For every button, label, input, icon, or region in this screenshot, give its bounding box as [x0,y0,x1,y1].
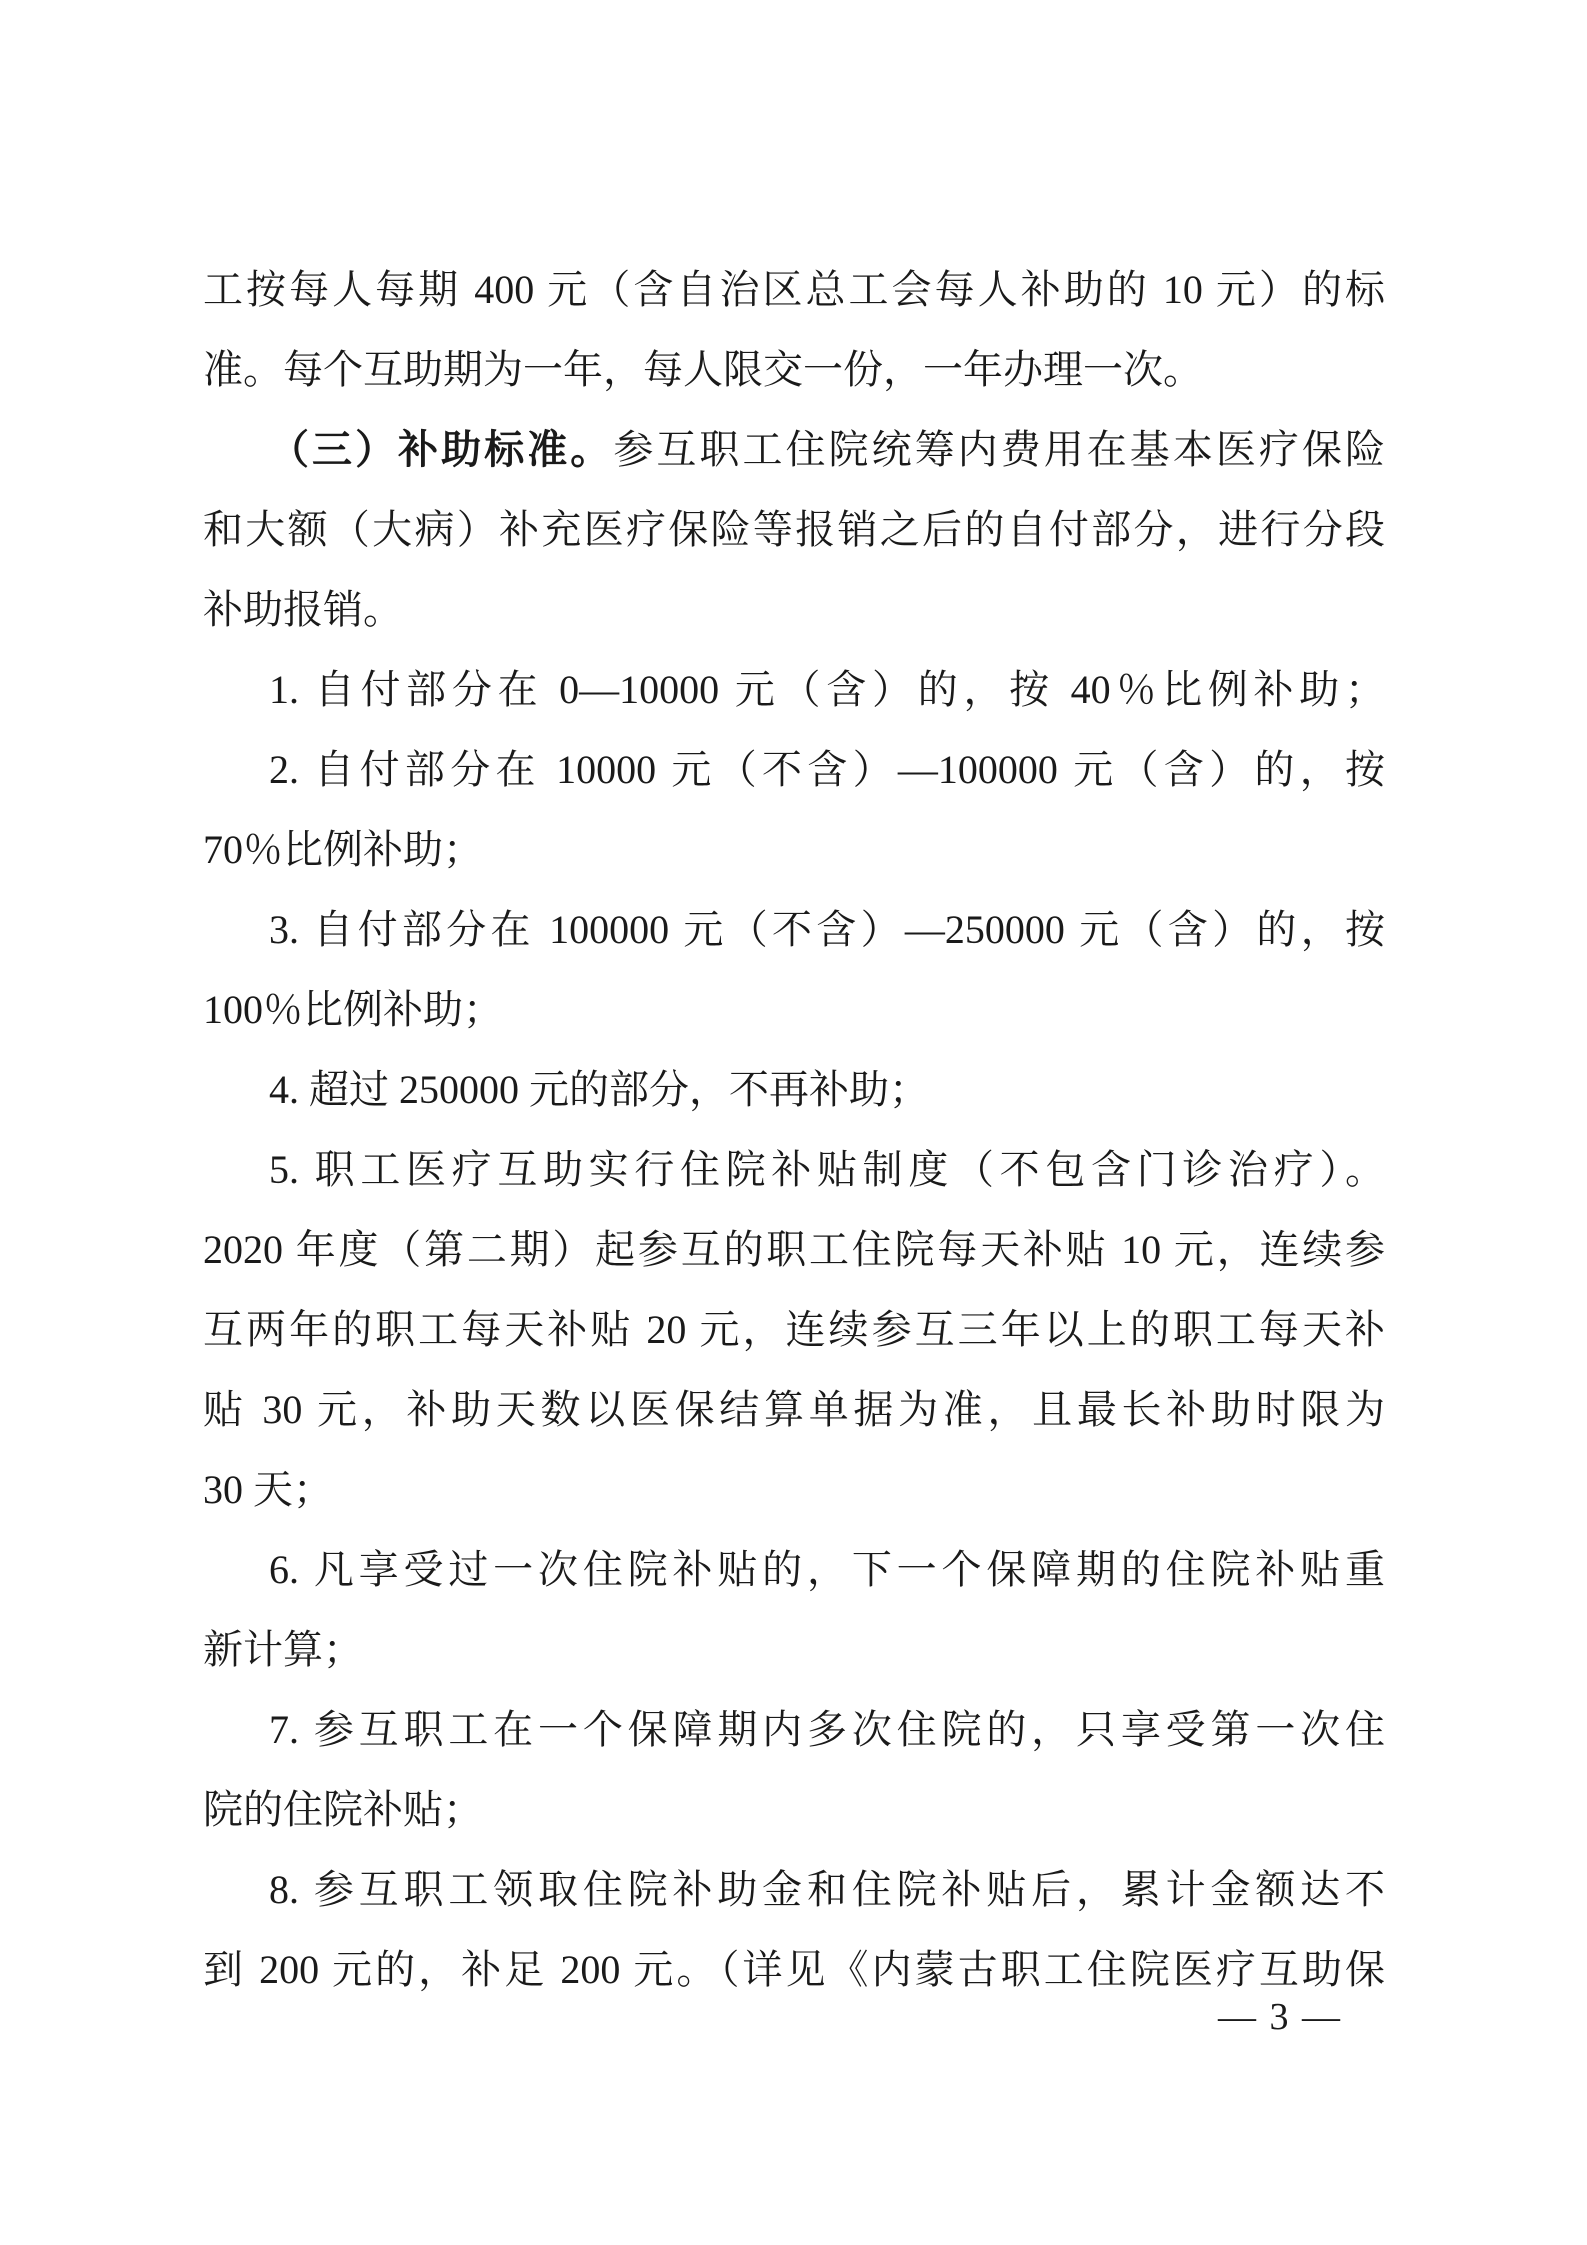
text-line: 1. 自付部分在 0—10000 元（含）的，按 40％比例补助； [203,650,1385,730]
text-run: 参互职工住院统筹内费用在基本医疗保险 [613,427,1385,472]
text-line: 补助报销。 [203,570,1385,650]
text-line: 100％比例补助； [203,970,1385,1050]
text-line: 30 天； [203,1450,1385,1530]
text-line: 院的住院补贴； [203,1770,1385,1850]
text-line: 4. 超过 250000 元的部分，不再补助； [203,1050,1385,1130]
section-heading: （三）补助标准。 [269,427,613,472]
text-line: 6. 凡享受过一次住院补贴的，下一个保障期的住院补贴重 [203,1530,1385,1610]
text-line: 准。每个互助期为一年，每人限交一份，一年办理一次。 [203,330,1385,410]
text-line: 2. 自付部分在 10000 元（不含）—100000 元（含）的，按 [203,730,1385,810]
text-line: 新计算； [203,1610,1385,1690]
page-number: — 3 — [1218,1996,1342,2038]
document-page: 工按每人每期 400 元（含自治区总工会每人补助的 10 元）的标 准。每个互助… [0,0,1587,2245]
text-line: 互两年的职工每天补贴 20 元，连续参互三年以上的职工每天补 [203,1290,1385,1370]
text-line: 3. 自付部分在 100000 元（不含）—250000 元（含）的，按 [203,890,1385,970]
page-footer: — 3 — [1218,1994,1342,2040]
text-line: 70％比例补助； [203,810,1385,890]
document-body: 工按每人每期 400 元（含自治区总工会每人补助的 10 元）的标 准。每个互助… [203,250,1385,2010]
text-line: 2020 年度（第二期）起参互的职工住院每天补贴 10 元，连续参 [203,1210,1385,1290]
text-line: 和大额（大病）补充医疗保险等报销之后的自付部分，进行分段 [203,490,1385,570]
text-line: 8. 参互职工领取住院补助金和住院补贴后，累计金额达不 [203,1850,1385,1930]
text-line: 5. 职工医疗互助实行住院补贴制度（不包含门诊治疗）。 [203,1130,1385,1210]
text-line: （三）补助标准。参互职工住院统筹内费用在基本医疗保险 [203,410,1385,490]
text-line: 7. 参互职工在一个保障期内多次住院的，只享受第一次住 [203,1690,1385,1770]
text-line: 到 200 元的，补足 200 元。（详见《内蒙古职工住院医疗互助保 [203,1930,1385,2010]
text-line: 工按每人每期 400 元（含自治区总工会每人补助的 10 元）的标 [203,250,1385,330]
text-line: 贴 30 元，补助天数以医保结算单据为准，且最长补助时限为 [203,1370,1385,1450]
